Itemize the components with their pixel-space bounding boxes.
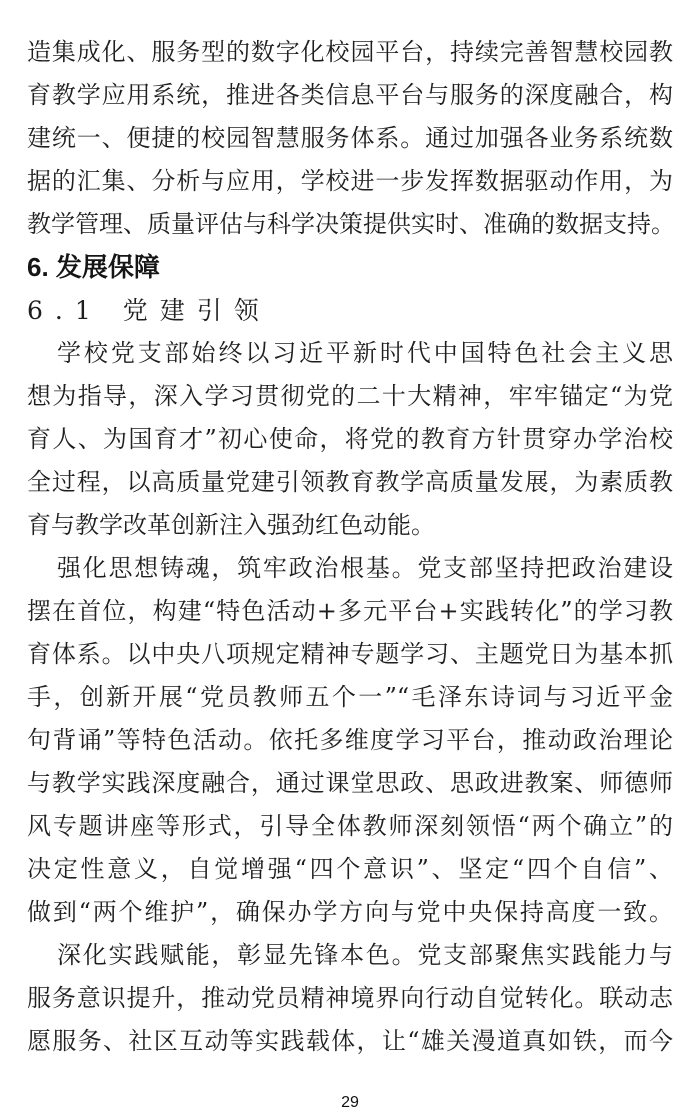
paragraph-line: 育体系。以中央八项规定精神专题学习、主题党日为基本抓 bbox=[27, 633, 673, 676]
paragraph-line: 句背诵”等特色活动。依托多维度学习平台，推动政治理论 bbox=[27, 719, 673, 762]
paragraph-line: 育教学应用系统，推进各类信息平台与服务的深度融合，构 bbox=[27, 74, 673, 117]
paragraph-line: 强化思想铸魂，筑牢政治根基。党支部坚持把政治建设 bbox=[27, 547, 673, 590]
paragraph-line: 决定性意义，自觉增强“四个意识”、坚定“四个自信”、 bbox=[27, 848, 673, 891]
paragraph-line: 建统一、便捷的校园智慧服务体系。通过加强各业务系统数 bbox=[27, 117, 673, 160]
paragraph-line: 深化实践赋能，彰显先锋本色。党支部聚焦实践能力与 bbox=[27, 934, 673, 977]
paragraph-line: 教学管理、质量评估与科学决策提供实时、准确的数据支持。 bbox=[27, 203, 673, 246]
paragraph-line: 摆在首位，构建“特色活动+多元平台+实践转化”的学习教 bbox=[27, 590, 673, 633]
document-page: 造集成化、服务型的数字化校园平台，持续完善智慧校园教 育教学应用系统，推进各类信… bbox=[0, 0, 700, 1120]
paragraph-line: 育与教学改革创新注入强劲红色动能。 bbox=[27, 504, 673, 547]
paragraph-line: 据的汇集、分析与应用，学校进一步发挥数据驱动作用，为 bbox=[27, 160, 673, 203]
paragraph-line: 服务意识提升，推动党员精神境界向行动自觉转化。联动志 bbox=[27, 977, 673, 1020]
paragraph-line: 学校党支部始终以习近平新时代中国特色社会主义思 bbox=[27, 332, 673, 375]
paragraph-line: 育人、为国育才”初心使命，将党的教育方针贯穿办学治校 bbox=[27, 418, 673, 461]
subsection-heading: 6.1 党建引领 bbox=[27, 289, 673, 332]
paragraph-line: 造集成化、服务型的数字化校园平台，持续完善智慧校园教 bbox=[27, 31, 673, 74]
paragraph-line: 手，创新开展“党员教师五个一”“毛泽东诗词与习近平金 bbox=[27, 676, 673, 719]
paragraph-line: 风专题讲座等形式，引导全体教师深刻领悟“两个确立”的 bbox=[27, 805, 673, 848]
paragraph-line: 想为指导，深入学习贯彻党的二十大精神，牢牢锚定“为党 bbox=[27, 375, 673, 418]
section-heading: 6. 发展保障 bbox=[27, 246, 673, 289]
document-body: 造集成化、服务型的数字化校园平台，持续完善智慧校园教 育教学应用系统，推进各类信… bbox=[27, 31, 673, 1063]
page-number: 29 bbox=[0, 1094, 700, 1112]
paragraph-line: 愿服务、社区互动等实践载体，让“雄关漫道真如铁，而今 bbox=[27, 1020, 673, 1063]
paragraph-line: 与教学实践深度融合，通过课堂思政、思政进教案、师德师 bbox=[27, 762, 673, 805]
paragraph-line: 全过程，以高质量党建引领教育教学高质量发展，为素质教 bbox=[27, 461, 673, 504]
paragraph-line: 做到“两个维护”，确保办学方向与党中央保持高度一致。 bbox=[27, 891, 673, 934]
